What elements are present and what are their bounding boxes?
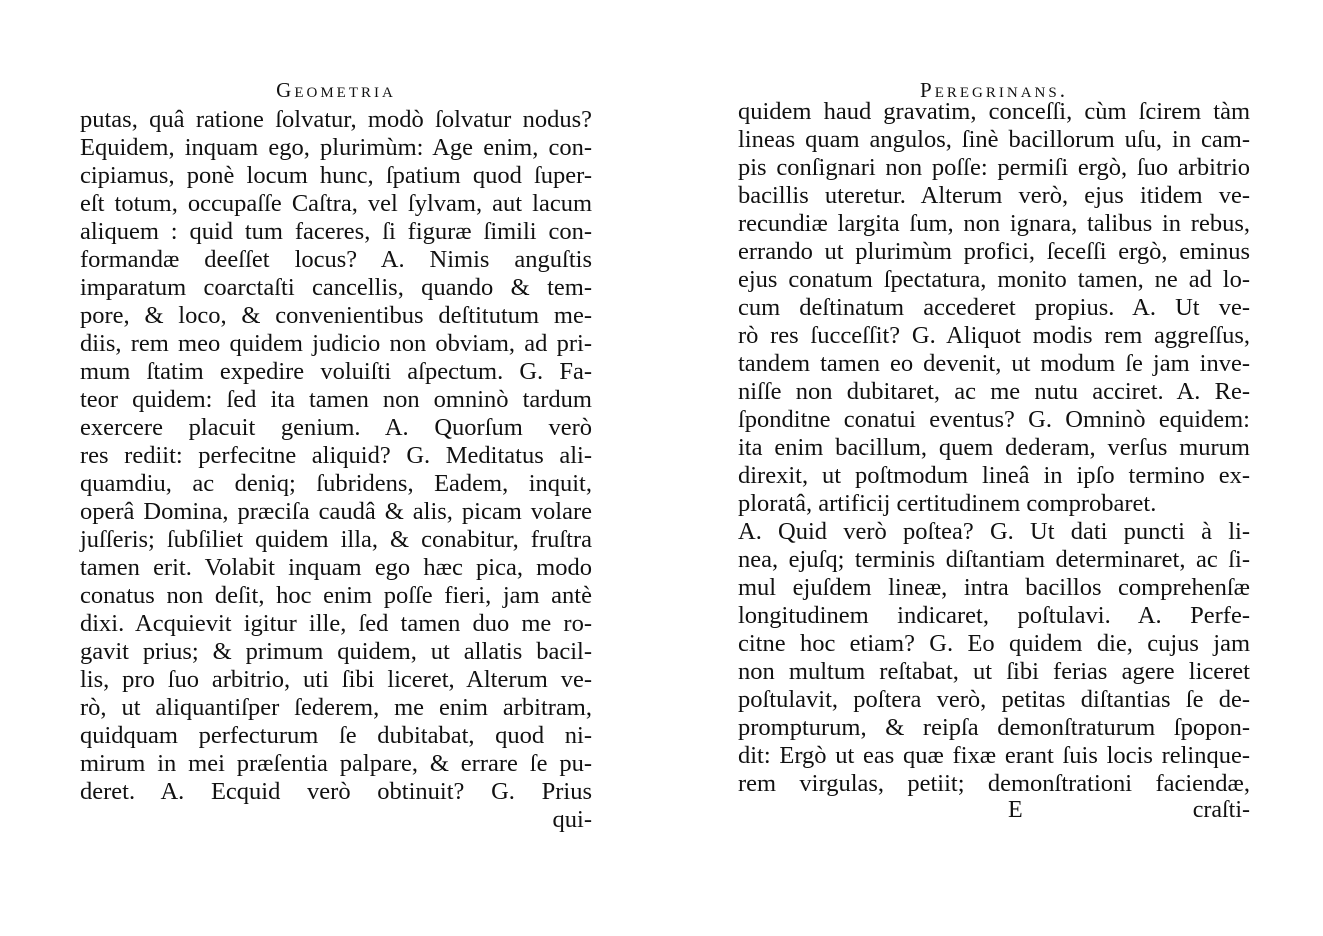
text-line: juſſeris; ſubſiliet quidem illa, & conab… [80, 526, 592, 554]
text-line: lis, pro ſuo arbitrio, uti ſibi liceret,… [80, 666, 592, 694]
text-line: pore, & loco, & convenientibus deſtitutu… [80, 302, 592, 330]
catchword-right: craſti- [1193, 796, 1250, 824]
text-line: rò, ut aliquantiſper ſederem, me enim ar… [80, 694, 592, 722]
text-line: recundiæ largita ſum, non ignara, talibu… [738, 210, 1250, 238]
text-line: pis conſignari non poſſe: permiſi ergò, … [738, 154, 1250, 182]
text-line: ita enim bacillum, quem dederam, verſus … [738, 434, 1250, 462]
text-line: dit: Ergò ut eas quæ fixæ erant ſuis loc… [738, 742, 1250, 770]
text-line: nea, ejuſq; terminis diſtantiam determin… [738, 546, 1250, 574]
text-line: conatus non deſit, hoc enim poſſe fieri,… [80, 582, 592, 610]
text-line: mul ejuſdem lineæ, intra bacillos compre… [738, 574, 1250, 602]
text-line: tamen erit. Volabit inquam ego hæc pica,… [80, 554, 592, 582]
text-line: direxit, ut poſtmodum lineâ in ipſo term… [738, 462, 1250, 490]
text-line: A. Quid verò poſtea? G. Ut dati puncti à… [738, 518, 1250, 546]
text-line: rò res ſucceſſit? G. Aliquot modis rem a… [738, 322, 1250, 350]
text-line: dixi. Acquievit igitur ille, ſed tamen d… [80, 610, 592, 638]
text-line: res rediit: perfecitne aliquid? G. Medit… [80, 442, 592, 470]
text-line: quamdiu, ac deniq; ſubridens, Eadem, inq… [80, 470, 592, 498]
text-line: formandæ deeſſet locus? A. Nimis anguſti… [80, 246, 592, 274]
catchword-left: qui- [80, 806, 592, 834]
text-line: errando ut plurimùm profici, ſeceſſi erg… [738, 238, 1250, 266]
running-head-left: Geometria [80, 78, 592, 103]
text-line: putas, quâ ratione ſolvatur, modò ſolvat… [80, 106, 592, 134]
text-line: mum ſtatim expedire voluiſti aſpectum. G… [80, 358, 592, 386]
page-footer: E craſti- [738, 796, 1250, 824]
text-line: diis, rem meo quidem judicio non obviam,… [80, 330, 592, 358]
text-line: aliquem : quid tum faceres, ſi figuræ ſi… [80, 218, 592, 246]
text-line: quidem haud gravatim, conceſſi, cùm ſcir… [738, 98, 1250, 126]
text-line: poſtulavit, poſtera verò, petitas diſtan… [738, 686, 1250, 714]
text-line: niſſe non dubitaret, ac me nutu acciret.… [738, 378, 1250, 406]
text-line: imparatum coarctaſti cancellis, quando &… [80, 274, 592, 302]
text-line: operâ Domina, præciſa caudâ & alis, pica… [80, 498, 592, 526]
text-line: gavit prius; & primum quidem, ut allatis… [80, 638, 592, 666]
text-line: teor quidem: ſed ita tamen non omninò ta… [80, 386, 592, 414]
text-line: Equidem, inquam ego, plurimùm: Age enim,… [80, 134, 592, 162]
text-line: non multum reſtabat, ut ſibi ferias ager… [738, 658, 1250, 686]
text-line: ploratâ, artificij certitudinem comproba… [738, 490, 1250, 518]
text-line: cum deſtinatum accederet propius. A. Ut … [738, 294, 1250, 322]
text-line: rem virgulas, petiit; demonſtrationi fac… [738, 770, 1250, 798]
text-line: prompturum, & reipſa demonſtraturum ſpop… [738, 714, 1250, 742]
text-line: citne hoc etiam? G. Eo quidem die, cujus… [738, 630, 1250, 658]
left-page-text: putas, quâ ratione ſolvatur, modò ſolvat… [80, 106, 592, 834]
text-line: quidquam perfecturum ſe dubitabat, quod … [80, 722, 592, 750]
right-page-text: quidem haud gravatim, conceſſi, cùm ſcir… [738, 98, 1250, 798]
text-line: bacillis uteretur. Alterum verò, ejus it… [738, 182, 1250, 210]
text-line: lineas quam angulos, ſinè bacillorum uſu… [738, 126, 1250, 154]
text-line: cipiamus, ponè locum hunc, ſpatium quod … [80, 162, 592, 190]
text-line: tandem tamen eo devenit, ut modum ſe jam… [738, 350, 1250, 378]
text-line: ejus conatum ſpectatura, monito tamen, n… [738, 266, 1250, 294]
text-line: mirum in mei præſentia palpare, & errare… [80, 750, 592, 778]
signature-mark: E [1008, 796, 1023, 824]
text-line: ſponditne conatui eventus? G. Omninò equ… [738, 406, 1250, 434]
text-line: exercere placuit genium. A. Quorſum verò [80, 414, 592, 442]
text-line: deret. A. Ecquid verò obtinuit? G. Prius [80, 778, 592, 806]
text-line: eſt totum, occupaſſe Caſtra, vel ſylvam,… [80, 190, 592, 218]
text-line: longitudinem indicaret, poſtulavi. A. Pe… [738, 602, 1250, 630]
